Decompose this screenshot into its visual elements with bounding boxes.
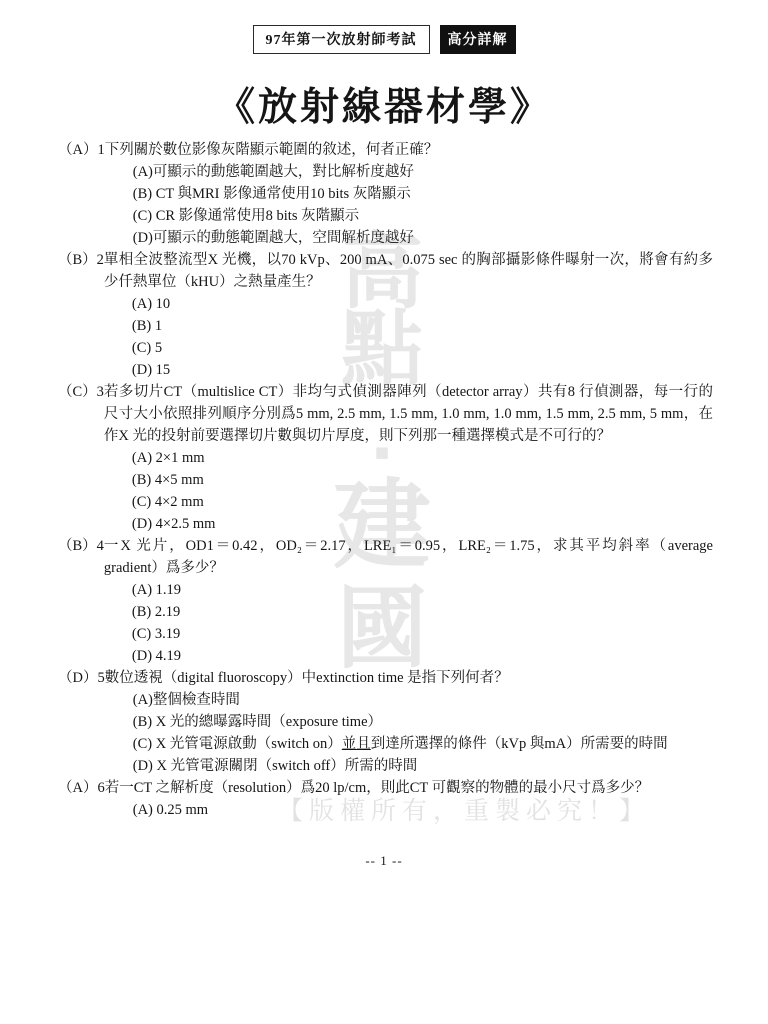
option-list: (A) 10 (B) 1 (C) 5 (D) 15 xyxy=(104,293,713,381)
answer-marker: （D）5 xyxy=(58,667,105,689)
answer-letter: （C） xyxy=(58,384,97,400)
question-3: （C）3 若多切片CT（multislice CT）非均勻式偵測器陣列（dete… xyxy=(58,381,713,535)
option-a: (A) 1.19 xyxy=(132,579,713,601)
option-list: (A)整個檢查時間 (B) X 光的總曝露時間（exposure time） (… xyxy=(105,689,713,777)
option-b: (B) 2.19 xyxy=(132,601,713,623)
answer-letter: （B） xyxy=(58,252,97,268)
option-b: (B) 4×5 mm xyxy=(132,469,713,491)
option-a: (A) 0.25 mm xyxy=(133,799,713,821)
option-b: (B) CT 與MRI 影像通常使用10 bits 灰階顯示 xyxy=(133,183,713,205)
answer-letter: （A） xyxy=(58,142,97,158)
question-text: 若一CT 之解析度（resolution）爲20 lp/cm，則此CT 可觀察的… xyxy=(105,777,713,799)
option-a: (A)整個檢查時間 xyxy=(133,689,713,711)
answer-marker: （B）4 xyxy=(58,535,104,557)
question-body: 下列關於數位影像灰階顯示範圍的敘述，何者正確？ (A)可顯示的動態範圍越大，對比… xyxy=(105,139,713,249)
page-header: 97年第一次放射師考試 高分詳解 xyxy=(0,25,768,54)
question-body: 單相全波整流型X 光機，以70 kVp、200 mA、0.075 sec 的胸部… xyxy=(104,249,713,381)
option-list: (A) 0.25 mm xyxy=(105,799,713,821)
question-4: （B）4 一X 光片，OD1＝0.42，OD₂＝2.17，LRE₁＝0.95，L… xyxy=(58,535,713,667)
page-number: -- 1 -- xyxy=(0,853,768,869)
option-list: (A) 1.19 (B) 2.19 (C) 3.19 (D) 4.19 xyxy=(104,579,713,667)
option-d: (D) 4.19 xyxy=(132,645,713,667)
exam-page: 高 點 ■ 建 國 【版權所有，重製必究！】 97年第一次放射師考試 高分詳解 … xyxy=(0,0,768,1024)
question-6: （A）6 若一CT 之解析度（resolution）爲20 lp/cm，則此CT… xyxy=(58,777,713,821)
option-b: (B) X 光的總曝露時間（exposure time） xyxy=(133,711,713,733)
answer-letter: （B） xyxy=(58,538,97,554)
answer-marker: （A）1 xyxy=(58,139,105,161)
question-text: 下列關於數位影像灰階顯示範圍的敘述，何者正確？ xyxy=(105,139,713,161)
option-c: (C) X 光管電源啟動（switch on）並且到達所選擇的條件（kVp 與m… xyxy=(133,733,713,755)
option-a: (A) 2×1 mm xyxy=(132,447,713,469)
question-body: 一X 光片，OD1＝0.42，OD₂＝2.17，LRE₁＝0.95，LRE₂＝1… xyxy=(104,535,713,667)
question-number: 3 xyxy=(97,384,104,400)
question-5: （D）5 數位透視（digital fluoroscopy）中extinctio… xyxy=(58,667,713,777)
question-1: （A）1 下列關於數位影像灰階顯示範圍的敘述，何者正確？ (A)可顯示的動態範圍… xyxy=(58,139,713,249)
option-d: (D) 15 xyxy=(132,359,713,381)
option-c: (C) 4×2 mm xyxy=(132,491,713,513)
question-body: 若多切片CT（multislice CT）非均勻式偵測器陣列（detector … xyxy=(104,381,713,535)
option-c: (C) CR 影像通常使用8 bits 灰階顯示 xyxy=(133,205,713,227)
question-number: 4 xyxy=(97,538,104,554)
answer-letter: （A） xyxy=(58,780,97,796)
option-d: (D) 4×2.5 mm xyxy=(132,513,713,535)
question-text: 數位透視（digital fluoroscopy）中extinction tim… xyxy=(105,667,713,689)
option-c-pre: (C) X 光管電源啟動（switch on） xyxy=(133,736,342,752)
answer-marker: （A）6 xyxy=(58,777,105,799)
question-list: （A）1 下列關於數位影像灰階顯示範圍的敘述，何者正確？ (A)可顯示的動態範圍… xyxy=(58,139,713,821)
option-b: (B) 1 xyxy=(132,315,713,337)
question-body: 數位透視（digital fluoroscopy）中extinction tim… xyxy=(105,667,713,777)
option-c: (C) 3.19 xyxy=(132,623,713,645)
question-number: 6 xyxy=(97,780,104,796)
option-d: (D) X 光管電源關閉（switch off）所需的時間 xyxy=(133,755,713,777)
question-number: 1 xyxy=(97,142,104,158)
question-text: 一X 光片，OD1＝0.42，OD₂＝2.17，LRE₁＝0.95，LRE₂＝1… xyxy=(104,535,713,579)
option-c: (C) 5 xyxy=(132,337,713,359)
subject-title: 《放射線器材學》 xyxy=(0,76,768,132)
option-c-post: 到達所選擇的條件（kVp 與mA）所需要的時間 xyxy=(371,736,668,752)
answer-marker: （C）3 xyxy=(58,381,104,403)
answer-letter: （D） xyxy=(58,670,97,686)
option-list: (A)可顯示的動態範圍越大，對比解析度越好 (B) CT 與MRI 影像通常使用… xyxy=(105,161,713,249)
question-body: 若一CT 之解析度（resolution）爲20 lp/cm，則此CT 可觀察的… xyxy=(105,777,713,821)
high-score-badge: 高分詳解 xyxy=(440,25,516,54)
question-2: （B）2 單相全波整流型X 光機，以70 kVp、200 mA、0.075 se… xyxy=(58,249,713,381)
question-number: 2 xyxy=(97,252,104,268)
answer-marker: （B）2 xyxy=(58,249,104,271)
exam-title-box: 97年第一次放射師考試 xyxy=(253,25,430,54)
question-number: 5 xyxy=(97,670,104,686)
question-text: 單相全波整流型X 光機，以70 kVp、200 mA、0.075 sec 的胸部… xyxy=(104,249,713,293)
option-c-underlined: 並且 xyxy=(342,736,371,752)
option-a: (A) 10 xyxy=(132,293,713,315)
option-d: (D)可顯示的動態範圍越大，空間解析度越好 xyxy=(133,227,713,249)
option-list: (A) 2×1 mm (B) 4×5 mm (C) 4×2 mm (D) 4×2… xyxy=(104,447,713,535)
page-content: 97年第一次放射師考試 高分詳解 《放射線器材學》 （A）1 下列關於數位影像灰… xyxy=(0,0,768,1024)
question-text: 若多切片CT（multislice CT）非均勻式偵測器陣列（detector … xyxy=(104,381,713,447)
option-a: (A)可顯示的動態範圍越大，對比解析度越好 xyxy=(133,161,713,183)
